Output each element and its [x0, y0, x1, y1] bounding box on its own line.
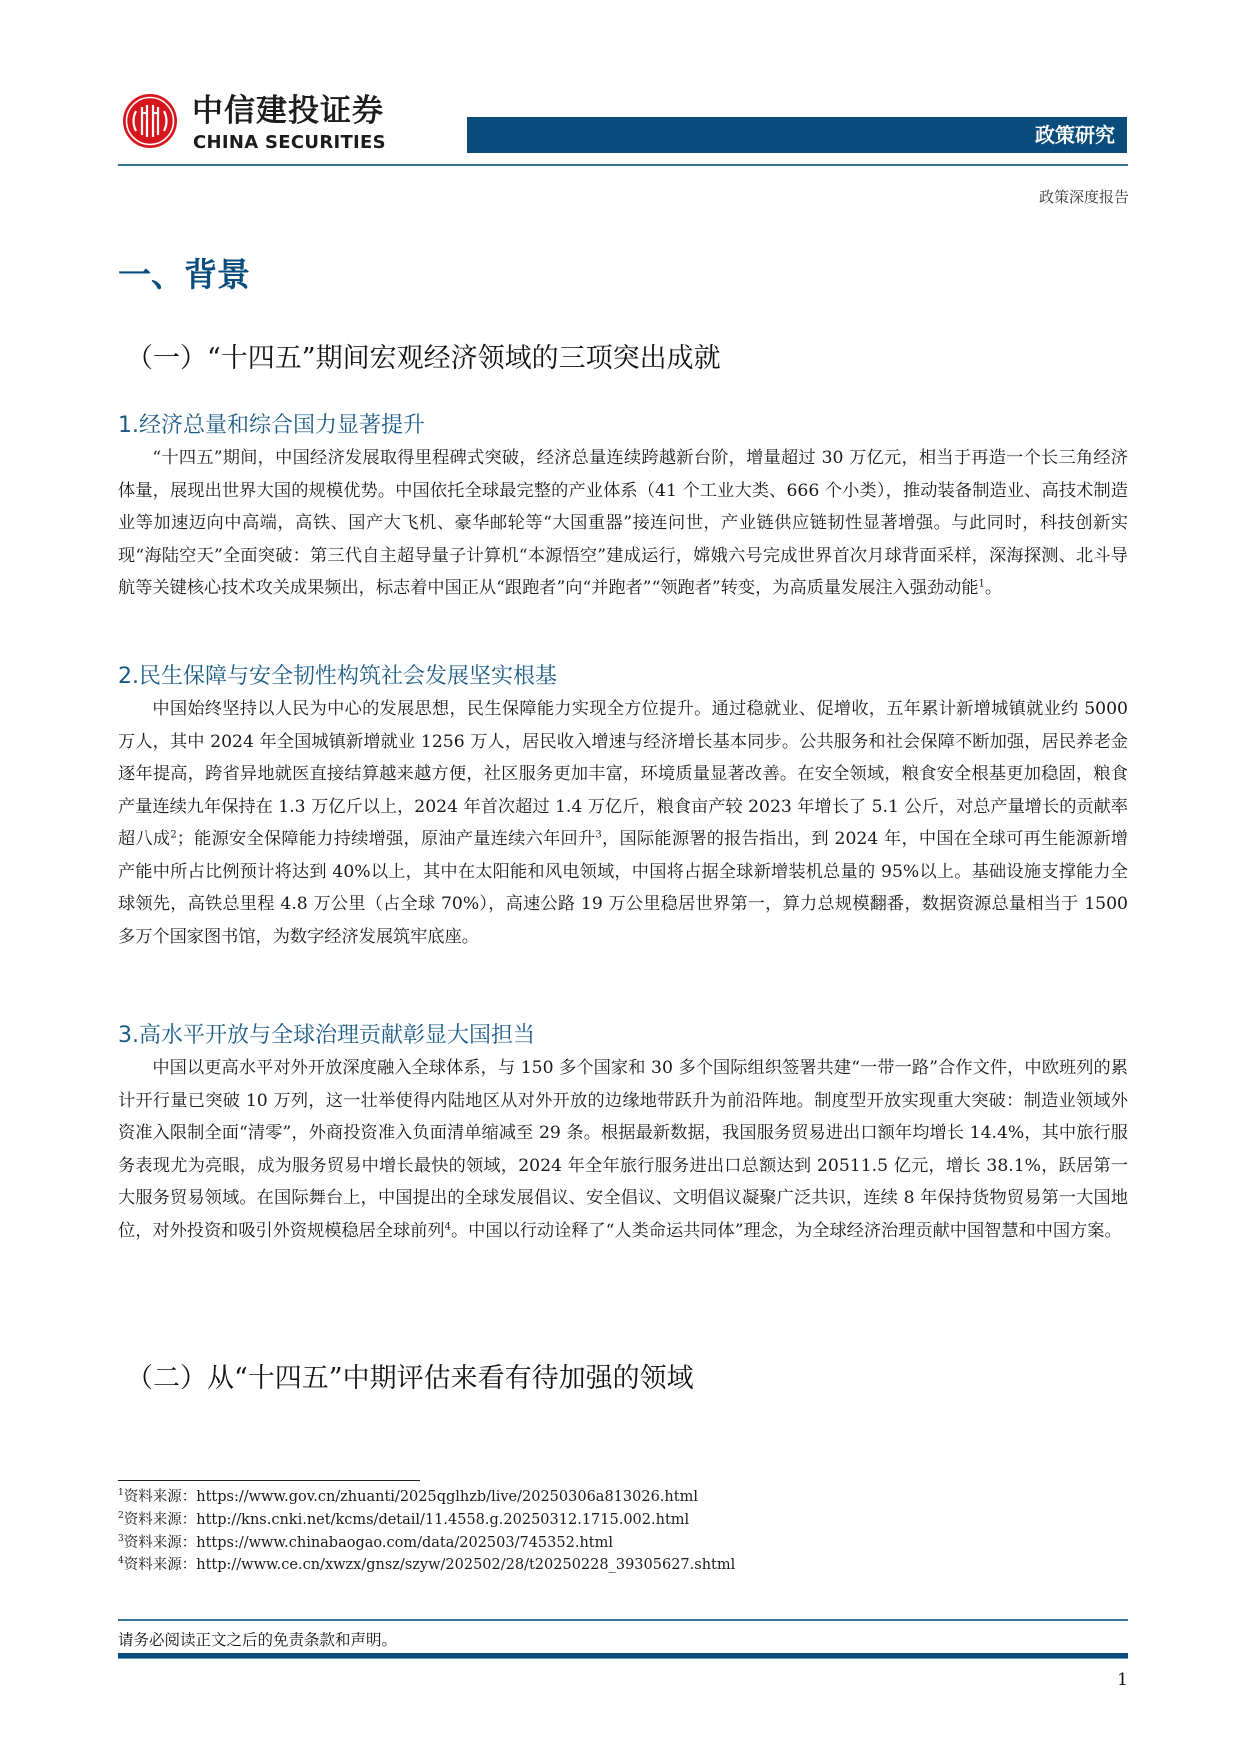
footnote-link-2[interactable]: http://kns.cnki.net/kcms/detail/11.4558.…	[196, 1512, 689, 1528]
category-banner: 政策研究	[467, 117, 1127, 153]
company-logo-icon	[122, 93, 178, 149]
paragraph-3: 中国以更高水平对外开放深度融入全球体系，与 150 多个国家和 30 多个国际组…	[118, 1052, 1128, 1247]
footer-divider-top	[118, 1619, 1128, 1621]
footnote-link-4[interactable]: http://www.ce.cn/xwzx/gnsz/szyw/202502/2…	[196, 1557, 735, 1573]
subsection-title-1: （一）“十四五”期间宏观经济领域的三项突出成就	[126, 345, 721, 372]
footnote-3: 3资料来源：https://www.chinabaogao.com/data/2…	[118, 1532, 735, 1555]
footnote-2: 2资料来源：http://kns.cnki.net/kcms/detail/11…	[118, 1509, 735, 1532]
footer-divider-bottom	[118, 1653, 1128, 1659]
page-number: 1	[1117, 1670, 1128, 1690]
section-title: 一、背景	[118, 258, 250, 291]
paragraph-1: “十四五”期间，中国经济发展取得里程碑式突破，经济总量连续跨越新台阶，增量超过 …	[118, 442, 1128, 605]
footnote-divider	[118, 1480, 420, 1481]
footnote-4: 4资料来源：http://www.ce.cn/xwzx/gnsz/szyw/20…	[118, 1554, 735, 1577]
brand-name-cn: 中信建投证券	[192, 96, 384, 127]
header-divider	[118, 164, 1128, 166]
item-title-2: 2.民生保障与安全韧性构筑社会发展坚实根基	[118, 666, 557, 688]
paragraph-2: 中国始终坚持以人民为中心的发展思想，民生保障能力实现全方位提升。通过稳就业、促增…	[118, 693, 1128, 953]
footnote-link-1[interactable]: https://www.gov.cn/zhuanti/2025qglhzb/li…	[196, 1489, 698, 1505]
footnote-1: 1资料来源：https://www.gov.cn/zhuanti/2025qgl…	[118, 1486, 735, 1509]
subsection-title-2: （二）从“十四五”中期评估来看有待加强的领域	[126, 1365, 694, 1392]
item-title-3: 3.高水平开放与全球治理贡献彰显大国担当	[118, 1025, 535, 1047]
disclaimer: 请务必阅读正文之后的免责条款和声明。	[118, 1628, 397, 1650]
brand-name-en: CHINA SECURITIES	[193, 134, 386, 152]
footnote-link-3[interactable]: https://www.chinabaogao.com/data/202503/…	[196, 1535, 613, 1551]
item-title-1: 1.经济总量和综合国力显著提升	[118, 415, 425, 437]
report-type: 政策深度报告	[1039, 186, 1129, 207]
footnotes: 1资料来源：https://www.gov.cn/zhuanti/2025qgl…	[118, 1486, 735, 1577]
category-label: 政策研究	[1035, 123, 1115, 147]
